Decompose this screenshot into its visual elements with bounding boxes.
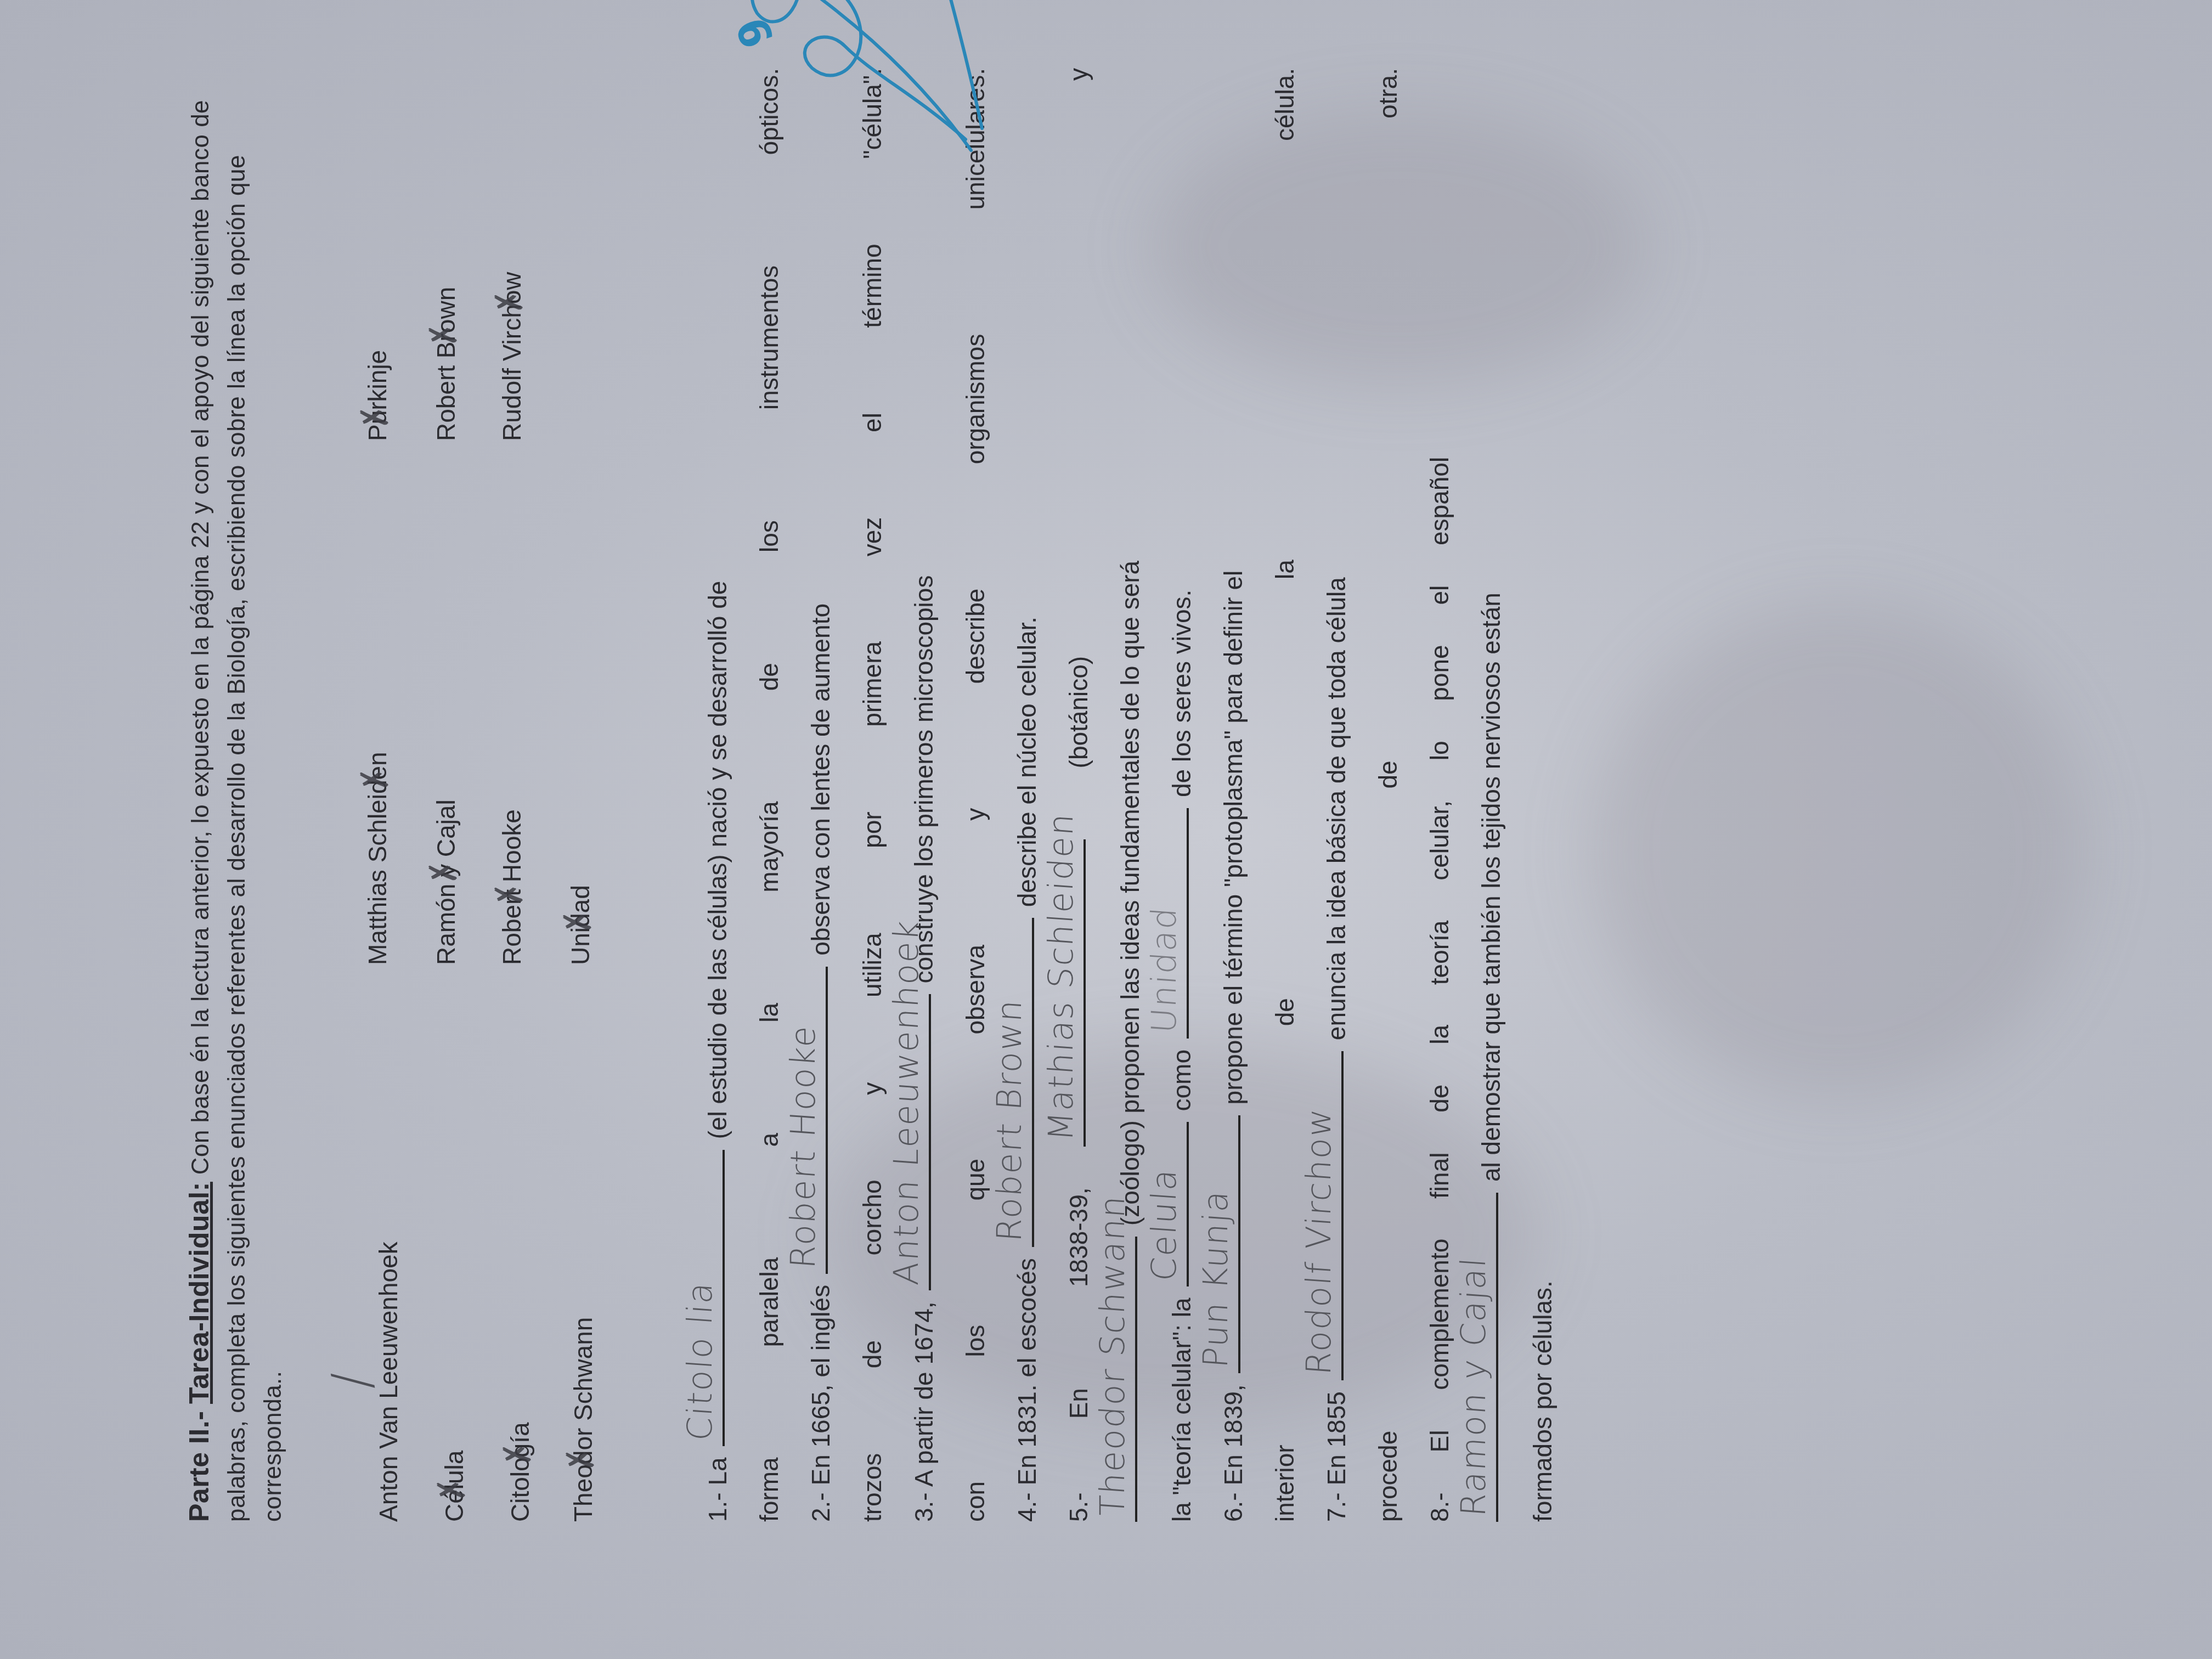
word: por [847,811,898,848]
item-3-line-2: con los que observa y describe organismo… [950,68,1001,1522]
word: célula. [1259,68,1311,141]
item-text: 4.- En 1831. el escocés [1001,1258,1053,1522]
item-text: y [1053,68,1104,81]
item-4-line-1: 4.- En 1831. el escocés Robert Brown des… [1001,68,1053,1522]
answer-blank-5c[interactable]: Celula [1156,1122,1189,1286]
item-text: enuncia la idea básica de que toda célul… [1311,577,1362,1040]
item-5-line-2: Theodor Schwann (zoólogo) proponen las i… [1104,68,1156,1522]
handwritten-answer: Pun Kunja [1190,1188,1242,1370]
item-text: propone el término "protoplasma" para de… [1207,571,1259,1105]
worksheet: Parte II.- Tarea-Individual: Con base én… [181,68,1568,1522]
word: la [743,1003,795,1023]
item-8-line-3: formados por células. [1517,68,1568,1522]
item-text: de los seres vivos. [1156,590,1207,797]
answer-blank-8[interactable]: Ramon y Cajal [1465,1193,1498,1522]
word: de [847,1340,898,1368]
word: otra. [1362,68,1414,119]
answer-blank-1[interactable]: Citolo lia [692,1150,725,1446]
answer-blank-3[interactable]: Anton Leeuwenhoek [898,995,931,1291]
handwritten-answer: Theodor Schwann [1087,1193,1138,1518]
word: de [743,663,795,691]
handwritten-answer: Unidad [1138,905,1190,1035]
item-text: 2.- En 1665, el inglés [795,1285,847,1522]
bank-word: Citología [505,1422,535,1522]
word: y [950,808,1001,821]
worksheet-page: Parte II.- Tarea-Individual: Con base én… [0,0,2212,1659]
item-text: (botánico) [1053,656,1104,769]
item-1-line-2: forma paralela a la mayoría de los instr… [743,68,795,1522]
word: paralela [743,1257,795,1347]
word: forma [743,1457,795,1522]
word: trozos [847,1453,898,1522]
item-7-line-1: 7.- En 1855 Rodolf Virchow enuncia la id… [1311,68,1362,1522]
item-6-line-1: 6.- En 1839, Pun Kunja propone el términ… [1207,68,1259,1522]
part-label: Parte II.- [184,1411,215,1522]
word: interior [1259,1444,1311,1522]
check-mark-icon: ╱ [332,1368,375,1393]
item-3-line-1: 3.- A partir de 1674, Anton Leeuwenhoek … [898,68,950,1522]
answer-blank-5a[interactable]: Mathias Schleiden [1053,839,1086,1147]
word: los [743,520,795,552]
item-text: 7.- En 1855 [1311,1391,1362,1522]
word: término [847,244,898,328]
handwritten-answer: Anton Leeuwenhoek [881,918,932,1287]
item-text: 3.- A partir de 1674, [898,1302,950,1522]
word: describe [950,589,1001,684]
item-8-line-2: Ramon y Cajal al demostrar que también l… [1465,68,1517,1522]
answer-blank-4[interactable]: Robert Brown [1001,918,1034,1247]
word: de [1259,998,1311,1026]
word: los [950,1325,1001,1357]
answer-blank-6[interactable]: Pun Kunja [1207,1115,1240,1373]
word: instrumentos [743,266,795,410]
handwritten-answer: Robert Hooke [777,1023,829,1270]
handwritten-answer: Ramon y Cajal [1448,1255,1499,1519]
item-text: 1.- La [692,1457,743,1522]
word: con [950,1481,1001,1522]
item-text: formados por células. [1517,1280,1568,1522]
bank-word: Theodor Schwann [568,1317,598,1522]
word: organismos [950,334,1001,465]
bank-word: Robert Brown [431,287,461,441]
item-text: (el estudio de las células) nació y se d… [692,581,743,1139]
handwritten-answer: Celula [1138,1167,1190,1283]
instructions: Parte II.- Tarea-Individual: Con base én… [181,68,291,1522]
item-text: 6.- En 1839, [1207,1384,1259,1522]
word: la [1259,560,1311,579]
task-label: Tarea-Individual: [184,1182,215,1404]
word: mayoría [743,802,795,893]
answer-blank-2[interactable]: Robert Hooke [795,967,828,1274]
word: primera [847,641,898,727]
item-2-line-1: 2.- En 1665, el inglés Robert Hooke obse… [795,68,847,1522]
fill-in-items: 1.- La Citolo lia (el estudio de las cél… [692,68,1568,1522]
item-text: como [1156,1049,1207,1111]
word: de [1362,760,1414,788]
handwritten-answer: Robert Brown [984,997,1035,1243]
word: vez [847,517,898,557]
item-text: (zoólogo) proponen las ideas fundamental… [1104,561,1156,1226]
handwritten-answer: Rodolf Virchow [1293,1106,1345,1376]
item-text: observa con lentes de aumento [795,603,847,956]
item-text: al demostrar que también los tejidos ner… [1465,592,1517,1182]
handwritten-answer: Citolo lia [674,1280,726,1443]
word: procede [1362,1431,1414,1522]
answer-blank-5b[interactable]: Theodor Schwann [1104,1237,1137,1522]
word-bank: Anton Van Leeuwenhoek Célula Citología T… [363,68,648,1522]
item-2-line-2: trozos de corcho y utiliza por primera v… [847,68,898,1522]
item-7-line-2: procede de otra. [1362,68,1414,1522]
answer-blank-5d[interactable]: Unidad [1156,808,1189,1039]
word: el [847,413,898,432]
item-1-line-1: 1.- La Citolo lia (el estudio de las cél… [692,68,743,1522]
bank-word: Anton Van Leeuwenhoek [374,1242,403,1522]
handwritten-answer: Mathias Schleiden [1035,811,1087,1143]
answer-blank-7[interactable]: Rodolf Virchow [1311,1051,1344,1380]
